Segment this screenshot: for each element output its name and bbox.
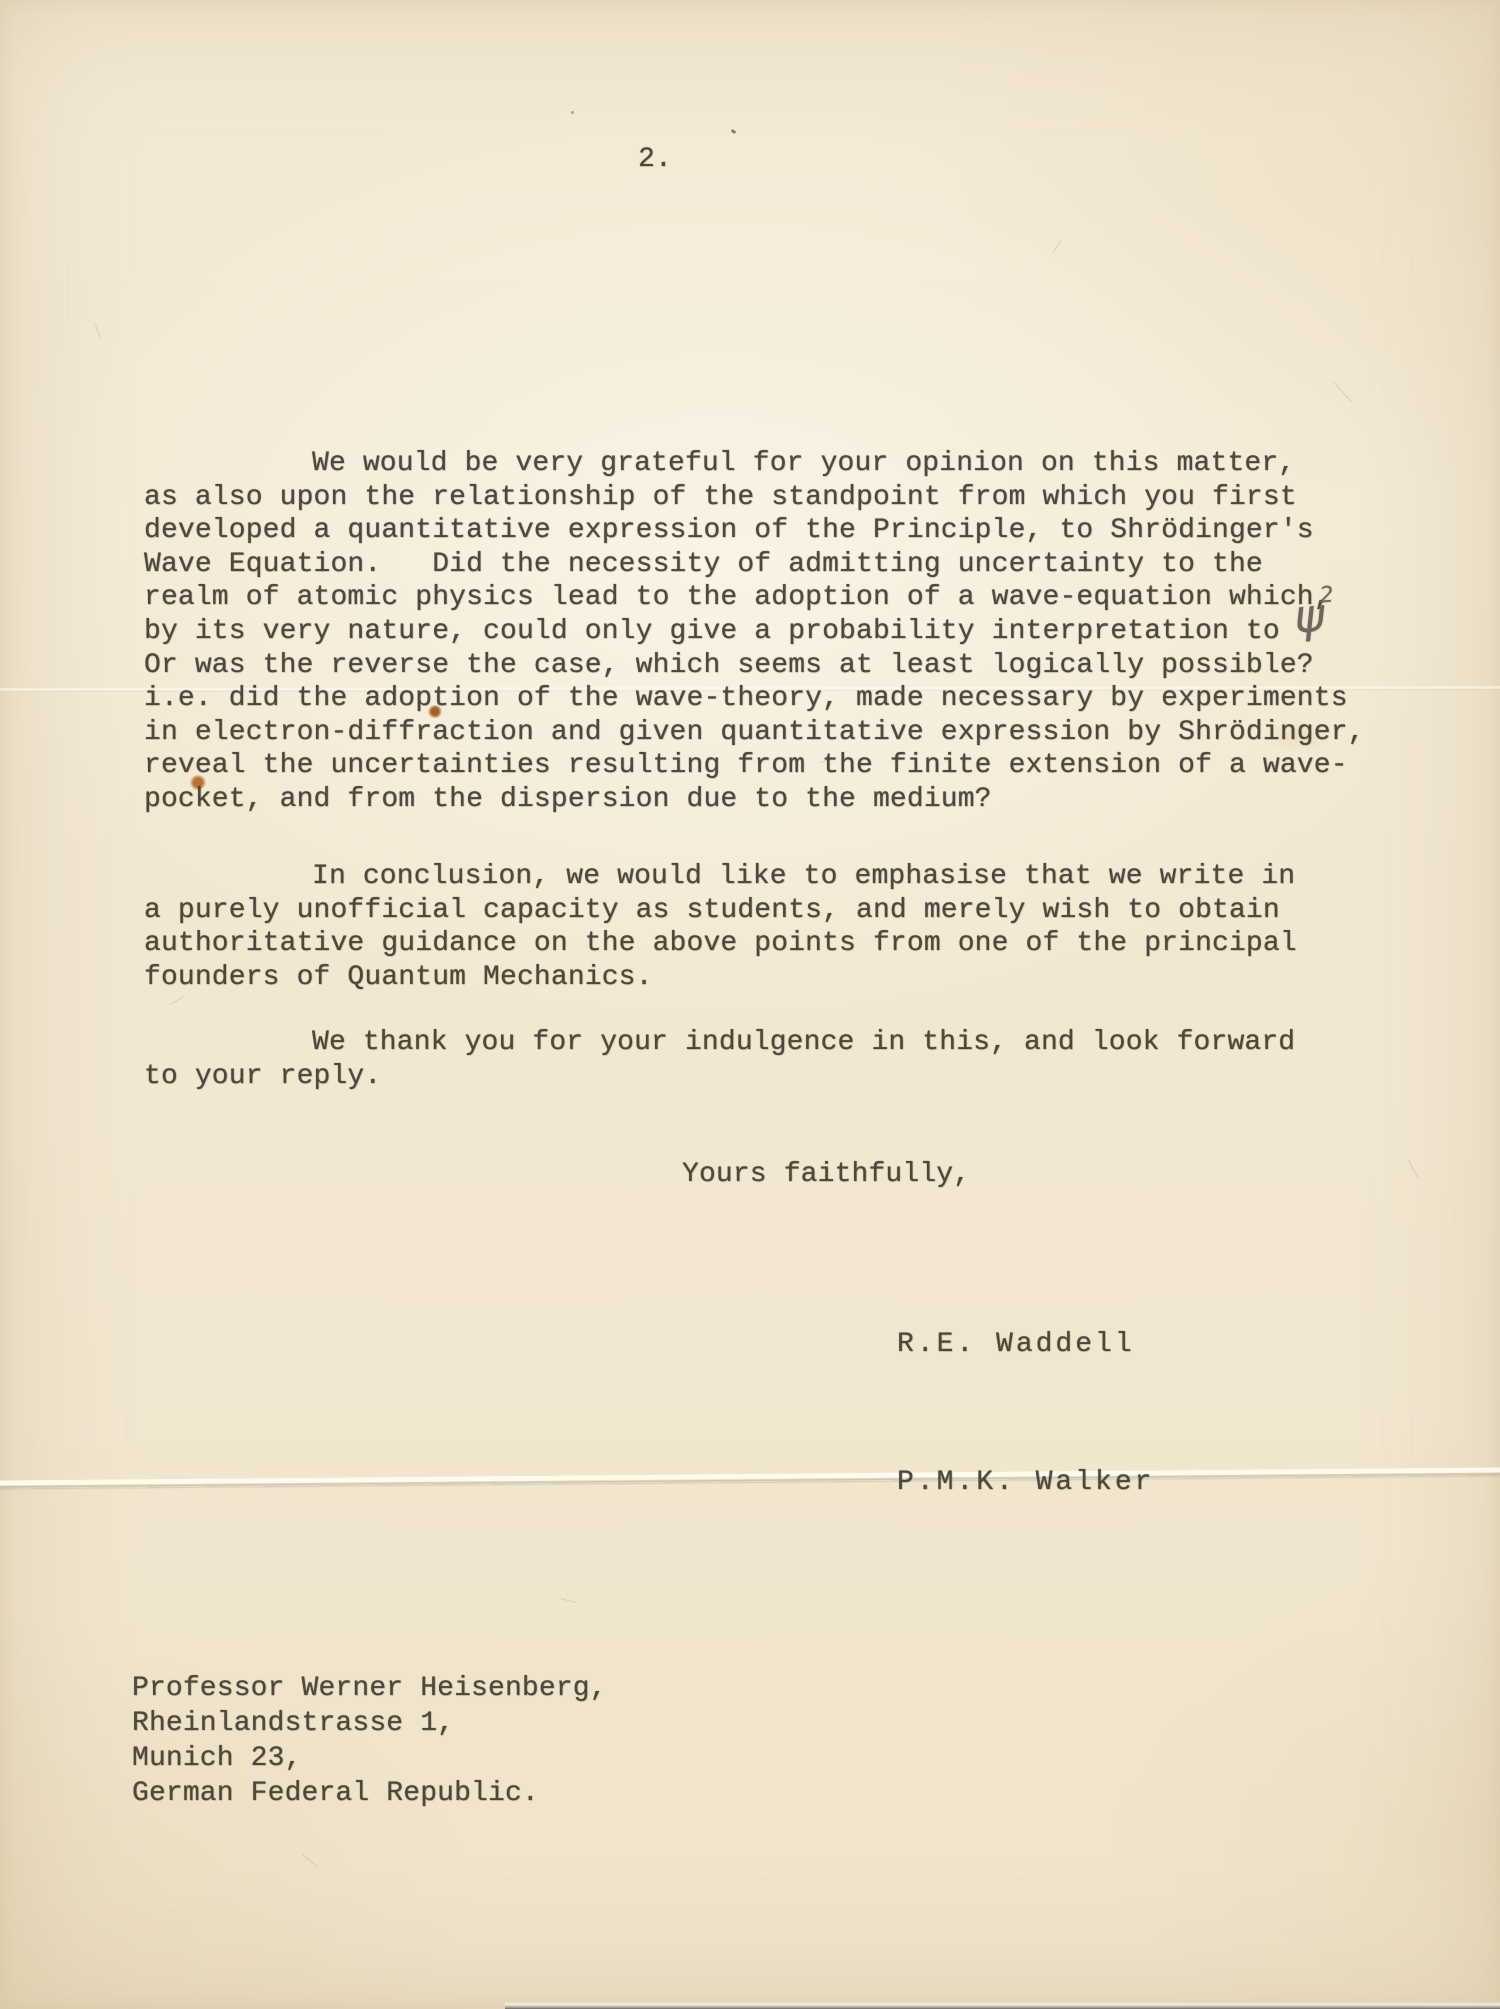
paper-fiber <box>302 1854 318 1868</box>
paper-fiber <box>1334 383 1352 403</box>
signature-waddell: R.E. Waddell <box>897 1328 1135 1362</box>
scan-bottom-edge <box>505 2002 1500 2009</box>
letter-line: reveal the uncertainties resulting from … <box>144 749 1365 783</box>
signature-walker: P.M.K. Walker <box>897 1466 1154 1500</box>
letter-line: founders of Quantum Mechanics. <box>144 961 1297 995</box>
address-line: Munich 23, <box>132 1741 607 1776</box>
ink-speck <box>731 129 737 134</box>
paper-fiber <box>1407 1159 1418 1179</box>
letter-line: to your reply. <box>144 1060 1295 1094</box>
psi-superscript: 2 <box>1319 582 1335 608</box>
paper-fiber <box>94 323 100 337</box>
paragraph-2: In conclusion, we would like to emphasis… <box>144 860 1297 994</box>
letter-line: authoritative guidance on the above poin… <box>144 927 1297 961</box>
letter-line: in electron-diffraction and given quanti… <box>144 716 1365 750</box>
page-number: 2. <box>638 143 672 177</box>
paragraph-1: We would be very grateful for your opini… <box>144 447 1365 817</box>
letter-line: pocket, and from the dispersion due to t… <box>144 783 1365 817</box>
address-line: German Federal Republic. <box>132 1776 607 1811</box>
address-line: Rheinlandstrasse 1, <box>132 1706 607 1741</box>
letter-line: We thank you for your indulgence in this… <box>144 1026 1295 1060</box>
letter-line: a purely unofficial capacity as students… <box>144 894 1297 928</box>
letter-page: 2. We would be very grateful for your op… <box>0 0 1500 2009</box>
letter-line: i.e. did the adoption of the wave-theory… <box>144 682 1365 716</box>
letter-line: Wave Equation. Did the necessity of admi… <box>144 548 1365 582</box>
letter-line: We would be very grateful for your opini… <box>144 447 1365 481</box>
address-line: Professor Werner Heisenberg, <box>132 1671 607 1706</box>
handwritten-psi-annotation: ψ2 <box>1292 586 1341 644</box>
fold-crease-lower <box>0 1467 1500 1488</box>
paper-fiber <box>1053 240 1062 252</box>
paper-fiber <box>169 996 185 1006</box>
ink-speck <box>571 111 574 114</box>
recipient-address: Professor Werner Heisenberg, Rheinlandst… <box>132 1671 607 1811</box>
letter-line: Or was the reverse the case, which seems… <box>144 649 1365 683</box>
paragraph-3: We thank you for your indulgence in this… <box>144 1026 1295 1093</box>
letter-line: realm of atomic physics lead to the adop… <box>144 581 1365 615</box>
letter-line: by its very nature, could only give a pr… <box>144 615 1365 649</box>
letter-line: as also upon the relationship of the sta… <box>144 481 1365 515</box>
closing-salutation: Yours faithfully, <box>682 1158 970 1192</box>
letter-line: In conclusion, we would like to emphasis… <box>144 860 1297 894</box>
letter-line: developed a quantitative expression of t… <box>144 514 1365 548</box>
paper-fiber <box>560 1598 576 1603</box>
